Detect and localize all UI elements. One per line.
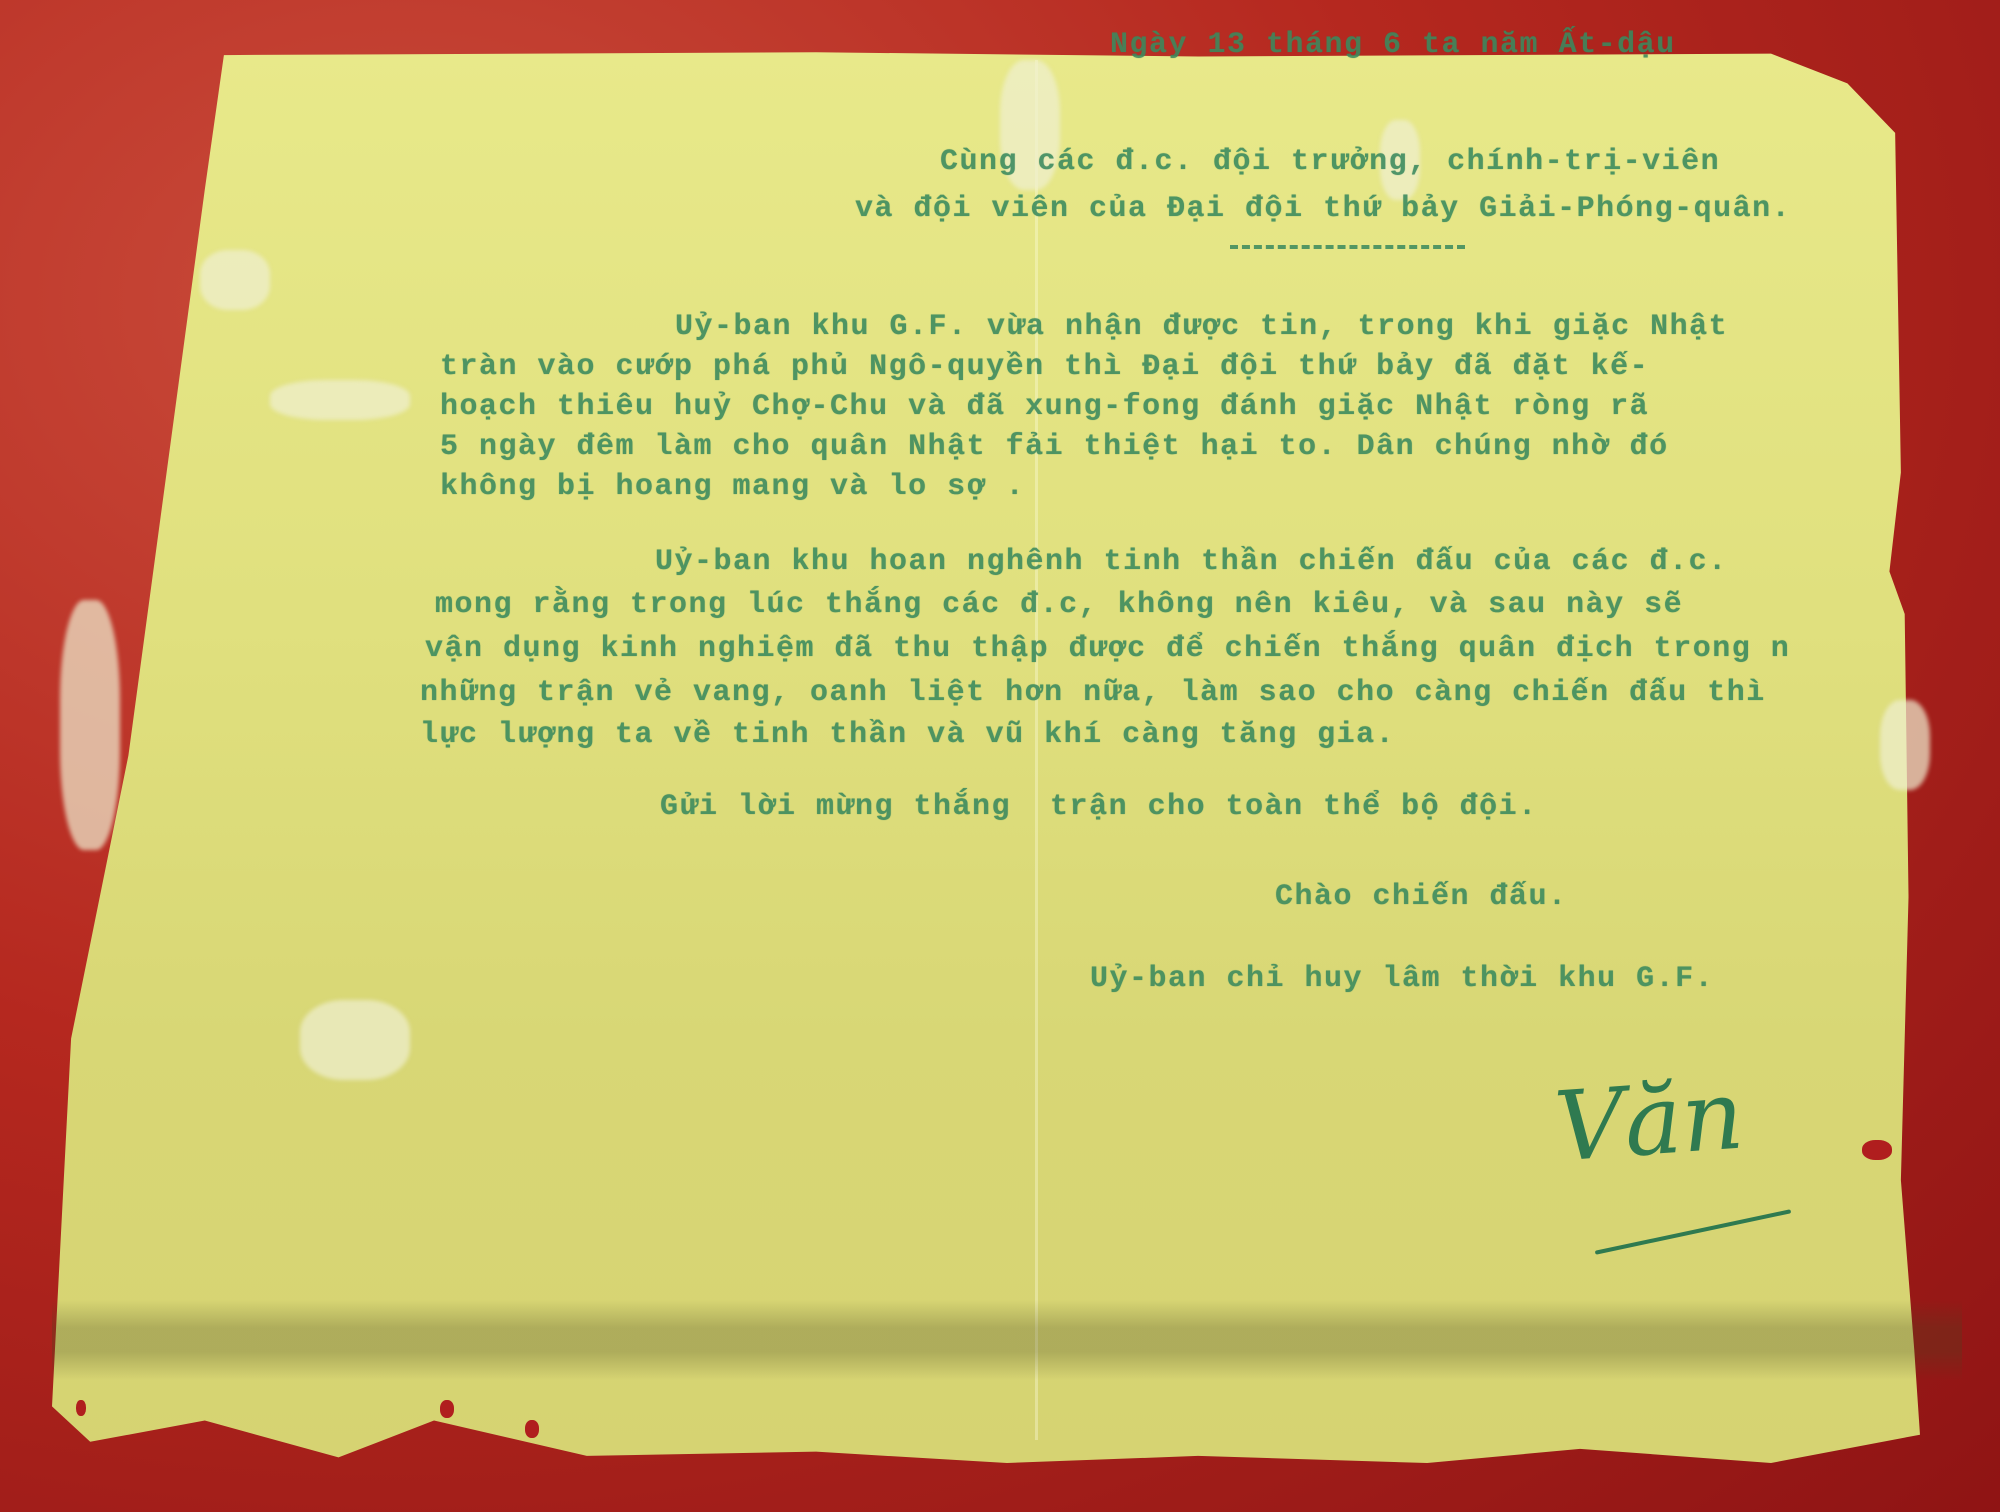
- paper-stain: [1880, 700, 1930, 790]
- paper-hole: [525, 1420, 539, 1438]
- greeting-line: Gửi lời mừng thắng trận cho toàn thể bộ …: [660, 790, 1538, 824]
- paper-stain: [270, 380, 410, 420]
- recipient-line-1: Cùng các đ.c. đội trưởng, chính-trị-viên: [940, 145, 1720, 179]
- paragraph-2-line-3: vận dụng kinh nghiệm đã thu thập được để…: [425, 632, 1790, 666]
- paragraph-2-line-4: những trận vẻ vang, oanh liệt hơn nữa, l…: [420, 676, 1766, 710]
- recipient-line-2: và đội viên của Đại đội thứ bảy Giải-Phó…: [855, 192, 1791, 226]
- date-line: Ngày 13 tháng 6 ta năm Ất-dậu: [1110, 28, 1676, 62]
- paragraph-1-line-3: hoạch thiêu huỷ Chợ-Chu và đã xung-fong …: [440, 390, 1649, 424]
- paper-stain: [60, 600, 120, 850]
- paragraph-1-line-1: Uỷ-ban khu G.F. vừa nhận được tin, trong…: [675, 310, 1728, 344]
- sender-line: Uỷ-ban chỉ huy lâm thời khu G.F.: [1090, 962, 1714, 996]
- paragraph-1-line-5: không bị hoang mang và lo sợ .: [440, 470, 1025, 504]
- typewritten-letter-paper: [52, 48, 1962, 1463]
- paper-hole: [440, 1400, 454, 1418]
- paper-hole: [76, 1400, 86, 1416]
- paragraph-2-line-5: lực lượng ta về tinh thần và vũ khí càng…: [420, 718, 1395, 752]
- handwritten-signature: Văn: [1551, 1059, 1747, 1184]
- paper-stain: [200, 250, 270, 310]
- paragraph-1-line-4: 5 ngày đêm làm cho quân Nhật fải thiệt h…: [440, 430, 1669, 464]
- paper-hole: [1862, 1140, 1892, 1160]
- paragraph-1-line-2: tràn vào cướp phá phủ Ngô-quyền thì Đại …: [440, 350, 1649, 384]
- header-divider: [1230, 245, 1465, 253]
- closing-line: Chào chiến đấu.: [1275, 880, 1568, 914]
- paragraph-2-line-1: Uỷ-ban khu hoan nghênh tinh thần chiến đ…: [655, 545, 1728, 579]
- paper-stain: [300, 1000, 410, 1080]
- paragraph-2-line-2: mong rằng trong lúc thắng các đ.c, không…: [435, 588, 1683, 622]
